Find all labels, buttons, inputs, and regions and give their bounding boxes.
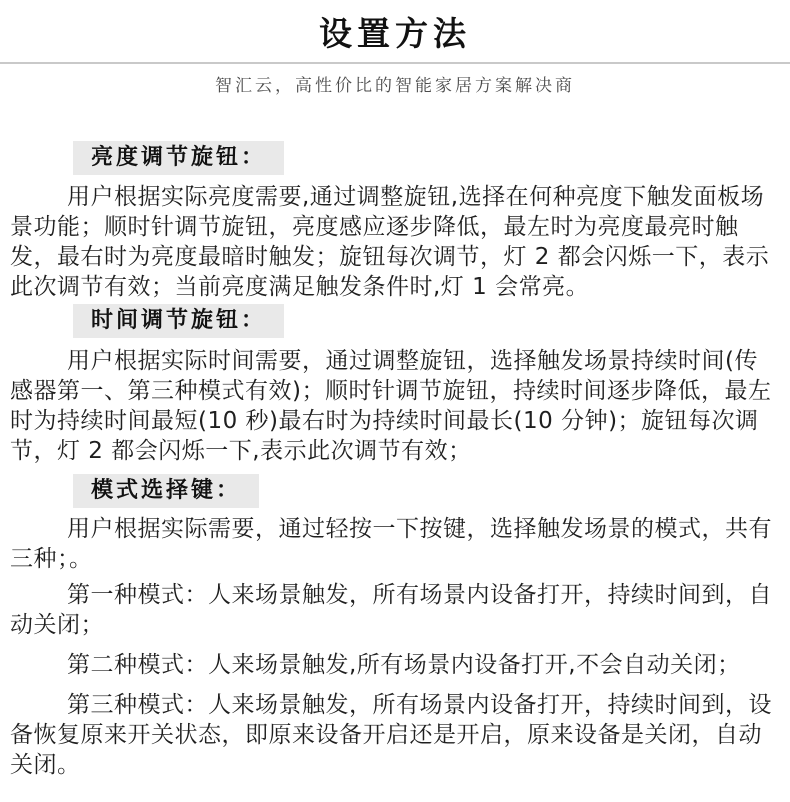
paragraph: 用户根据实际需要，通过轻按一下按键，选择触发场景的模式，共有三种；。 xyxy=(10,514,780,574)
section-time-knob: 时间调节旋钮： 用户根据实际时间需要，通过调整旋钮，选择触发场景持续时间(传感器… xyxy=(0,304,790,466)
section-heading-time: 时间调节旋钮： xyxy=(73,304,284,338)
section-heading-mode: 模式选择键： xyxy=(73,474,259,508)
title-divider xyxy=(0,62,790,64)
section-mode-key: 模式选择键： 用户根据实际需要，通过轻按一下按键，选择触发场景的模式，共有三种；… xyxy=(0,474,790,780)
paragraph: 第一种模式：人来场景触发，所有场景内设备打开，持续时间到，自动关闭； xyxy=(10,580,780,640)
page-title: 设置方法 xyxy=(0,13,790,55)
paragraph: 第三种模式：人来场景触发，所有场景内设备打开，持续时间到，设备恢复原来开关状态，… xyxy=(10,690,780,780)
section-brightness-knob: 亮度调节旋钮： 用户根据实际亮度需要,通过调整旋钮,选择在何种亮度下触发面板场景… xyxy=(0,141,790,302)
section-heading-row: 亮度调节旋钮： xyxy=(0,141,790,175)
document-page: 设置方法 智汇云，高性价比的智能家居方案解决商 亮度调节旋钮： 用户根据实际亮度… xyxy=(0,0,790,802)
section-heading-brightness: 亮度调节旋钮： xyxy=(73,141,284,175)
section-heading-row: 时间调节旋钮： xyxy=(0,304,790,338)
paragraph: 用户根据实际时间需要，通过调整旋钮，选择触发场景持续时间(传感器第一、第三种模式… xyxy=(10,346,780,466)
section-heading-row: 模式选择键： xyxy=(0,474,790,508)
page-subtitle: 智汇云，高性价比的智能家居方案解决商 xyxy=(0,73,790,99)
page-header: 设置方法 智汇云，高性价比的智能家居方案解决商 xyxy=(0,0,790,99)
paragraph: 第二种模式：人来场景触发,所有场景内设备打开,不会自动关闭； xyxy=(10,650,780,680)
paragraph: 用户根据实际亮度需要,通过调整旋钮,选择在何种亮度下触发面板场景功能；顺时针调节… xyxy=(10,182,780,302)
